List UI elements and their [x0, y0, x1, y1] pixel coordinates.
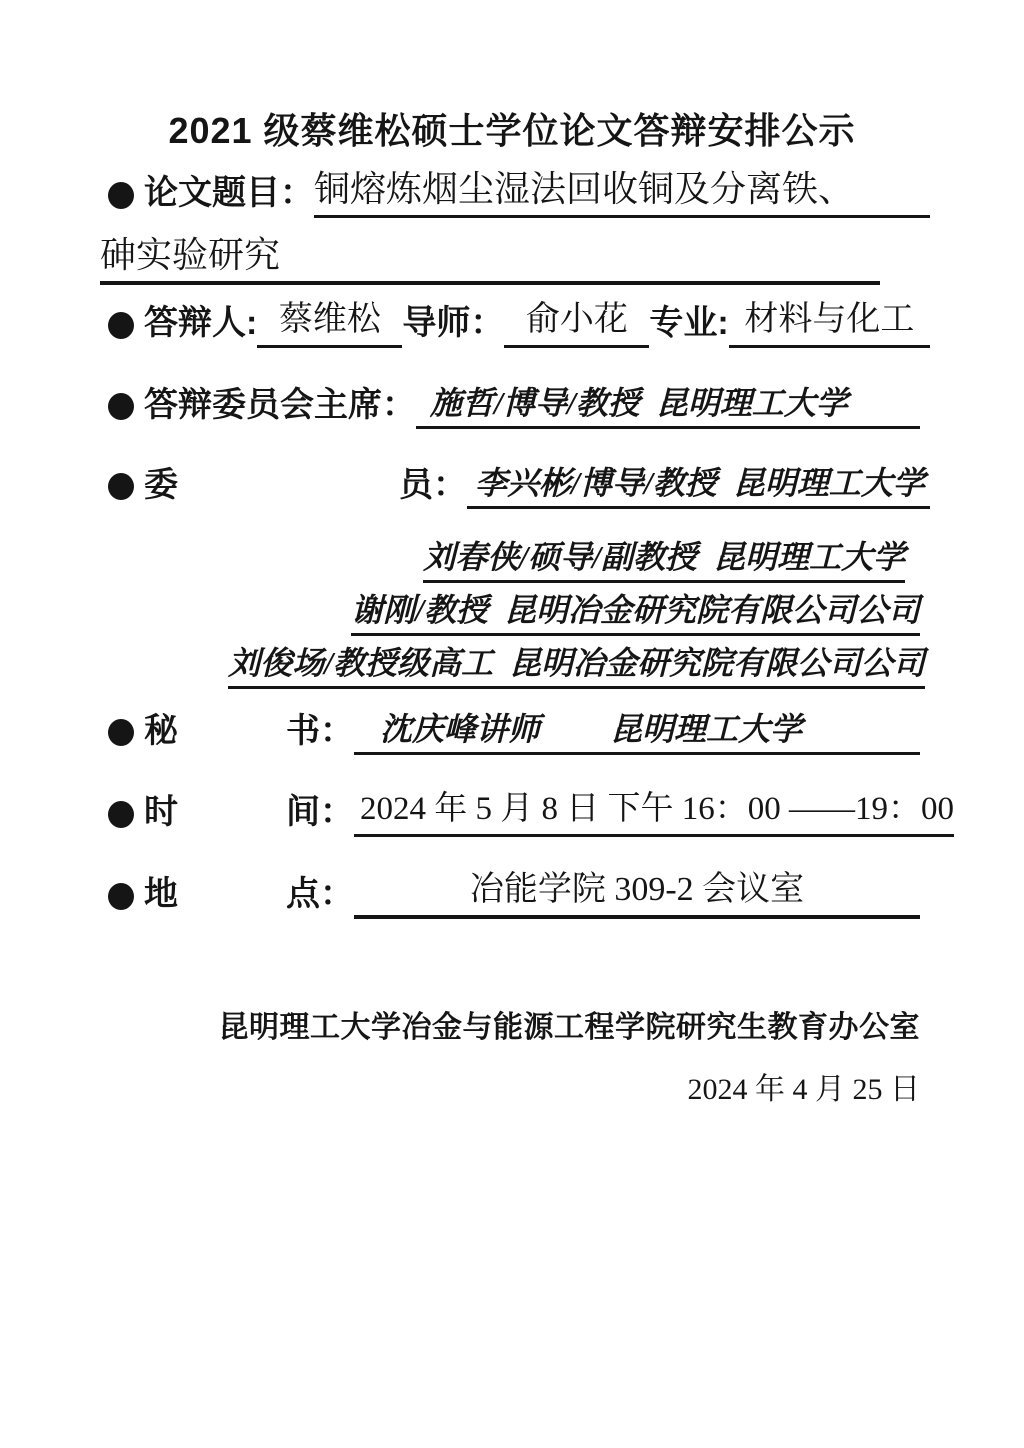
committee-chair-row: 答辩委员会主席： 施哲/博导/教授 昆明理工大学	[100, 384, 920, 429]
venue-label-left: 地	[144, 874, 178, 919]
issuing-office: 昆明理工大学冶金与能源工程学院研究生教育办公室	[0, 1002, 920, 1046]
committee-member-row: 刘俊场/教授级高工 昆明冶金研究院有限公司公司	[0, 644, 925, 689]
secretary-label-group: 秘 书：	[144, 711, 354, 756]
venue-row: 地 点： 冶能学院 309-2 会议室	[100, 870, 920, 919]
issue-date: 2024 年 4 月 25 日	[0, 1064, 920, 1108]
defender-label: 答辩人:	[144, 303, 257, 348]
member-label-group: 委 员：	[144, 465, 467, 510]
major-value: 材料与化工	[729, 300, 930, 348]
bullet-icon	[108, 719, 134, 746]
member-label-left: 委	[144, 465, 178, 510]
venue-value: 冶能学院 309-2 会议室	[354, 870, 920, 919]
defender-name: 蔡维松	[257, 300, 402, 348]
time-row: 时 间： 2024 年 5 月 8 日 下午 16：00 ——19：00	[100, 790, 920, 837]
member-1: 李兴彬/博导/教授 昆明理工大学	[467, 464, 930, 509]
bullet-icon	[108, 473, 134, 500]
bullet-icon	[108, 393, 134, 420]
member-2: 刘春侠/硕导/副教授 昆明理工大学	[423, 538, 905, 583]
page-title: 2021 级蔡维松硕士学位论文答辩安排公示	[0, 103, 1024, 154]
secretary-row: 秘 书： 沈庆峰讲师 昆明理工大学	[100, 710, 920, 755]
time-label-group: 时 间：	[144, 792, 354, 837]
time-label-right: 间：	[286, 792, 354, 837]
secretary-label-right: 书：	[286, 711, 354, 756]
chair-value: 施哲/博导/教授 昆明理工大学	[416, 384, 920, 429]
advisor-name: 俞小花	[504, 300, 649, 348]
venue-label-right: 点：	[286, 874, 354, 919]
bullet-icon	[108, 182, 134, 209]
bullet-icon	[108, 312, 134, 339]
thesis-title-label: 论文题目：	[144, 173, 314, 218]
thesis-title-row: 论文题目： 铜熔炼烟尘湿法回收铜及分离铁、	[100, 168, 930, 218]
time-label-left: 时	[144, 792, 178, 837]
advisor-label: 导师：	[402, 303, 504, 348]
member-3: 谢刚/教授 昆明冶金研究院有限公司公司	[351, 591, 920, 636]
committee-member-row: 委 员： 李兴彬/博导/教授 昆明理工大学	[100, 464, 930, 509]
member-label-right: 员：	[399, 465, 467, 510]
secretary-label-left: 秘	[144, 711, 178, 756]
bullet-icon	[108, 801, 134, 828]
secretary-org: 昆明理工大学	[610, 710, 802, 748]
secretary-value: 沈庆峰讲师 昆明理工大学	[354, 710, 920, 755]
thesis-title-row2: 砷实验研究	[100, 234, 880, 285]
venue-label-group: 地 点：	[144, 874, 354, 919]
defender-row: 答辩人: 蔡维松 导师： 俞小花 专业: 材料与化工	[100, 300, 930, 348]
member-4: 刘俊场/教授级高工 昆明冶金研究院有限公司公司	[228, 644, 925, 689]
thesis-title-line1: 铜熔炼烟尘湿法回收铜及分离铁、	[314, 168, 930, 218]
chair-label: 答辩委员会主席：	[144, 385, 416, 430]
thesis-title-line2: 砷实验研究	[100, 234, 880, 285]
committee-member-row: 谢刚/教授 昆明冶金研究院有限公司公司	[0, 591, 920, 636]
committee-member-row: 刘春侠/硕导/副教授 昆明理工大学	[0, 538, 905, 583]
secretary-name: 沈庆峰讲师	[380, 710, 540, 748]
time-value: 2024 年 5 月 8 日 下午 16：00 ——19：00	[354, 790, 954, 837]
announcement-document: 2021 级蔡维松硕士学位论文答辩安排公示 论文题目： 铜熔炼烟尘湿法回收铜及分…	[0, 0, 1024, 1448]
major-label: 专业:	[649, 303, 728, 348]
bullet-icon	[108, 883, 134, 910]
